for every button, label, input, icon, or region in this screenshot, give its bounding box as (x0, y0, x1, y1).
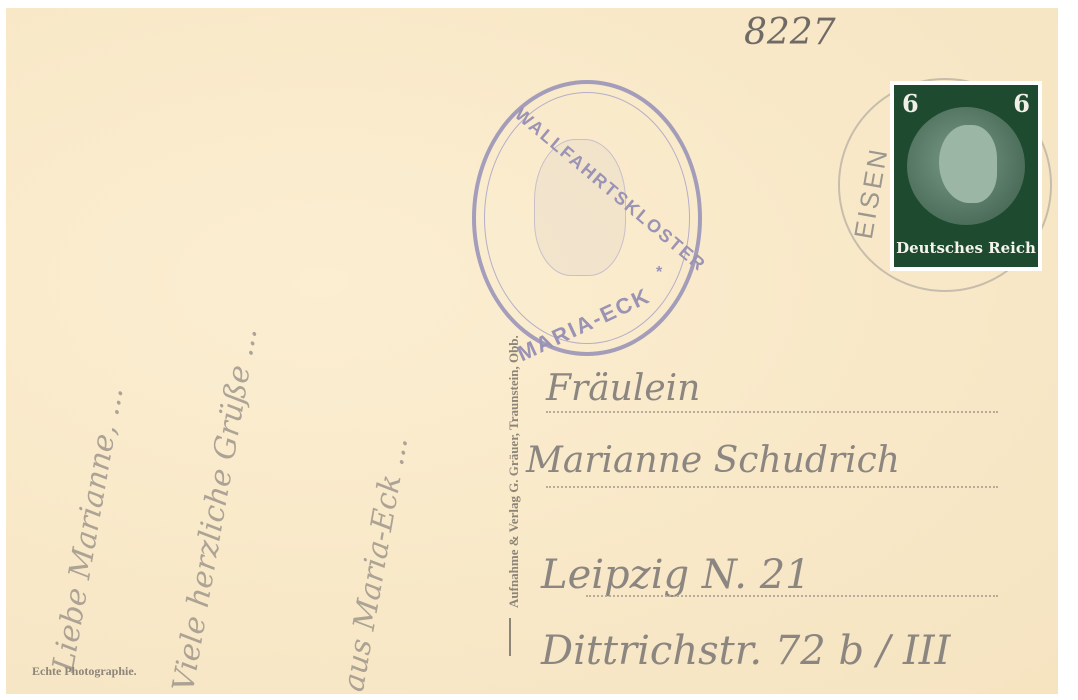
monastery-cachet: WALLFAHRTSKLOSTER MARIA-ECK * (472, 80, 702, 356)
printed-footer: Echte Photographie. (32, 664, 137, 679)
message-line: aus Maria-Eck ... (336, 434, 415, 694)
portrait-medallion-icon (907, 107, 1025, 225)
inventory-number: 8227 (744, 12, 836, 53)
address-line-1: Fräulein (546, 368, 700, 409)
address-rule (546, 486, 998, 488)
address-line-4: Dittrichstr. 72 b / III (541, 628, 950, 674)
stamp-country: Deutsches Reich (894, 239, 1038, 257)
postage-stamp: 6 6 Deutsches Reich (890, 81, 1042, 271)
address-line-2: Marianne Schudrich (526, 440, 900, 481)
address-line-3: Leipzig N. 21 (541, 552, 811, 598)
message-line: Viele herzliche Grüße ... (166, 325, 265, 694)
publisher-imprint: Aufnahme & Verlag G. Gräuer, Traunstein,… (506, 335, 522, 608)
divider-line (509, 618, 511, 656)
stamp-value-right: 6 (1013, 89, 1030, 118)
postcard: 8227 Liebe Marianne, ... Viele herzliche… (6, 8, 1058, 694)
message-line: Liebe Marianne, ... (46, 384, 131, 674)
address-rule (546, 411, 998, 413)
address-rule (586, 595, 998, 597)
cachet-separator: * (656, 264, 664, 282)
stamp-value-left: 6 (902, 89, 919, 118)
